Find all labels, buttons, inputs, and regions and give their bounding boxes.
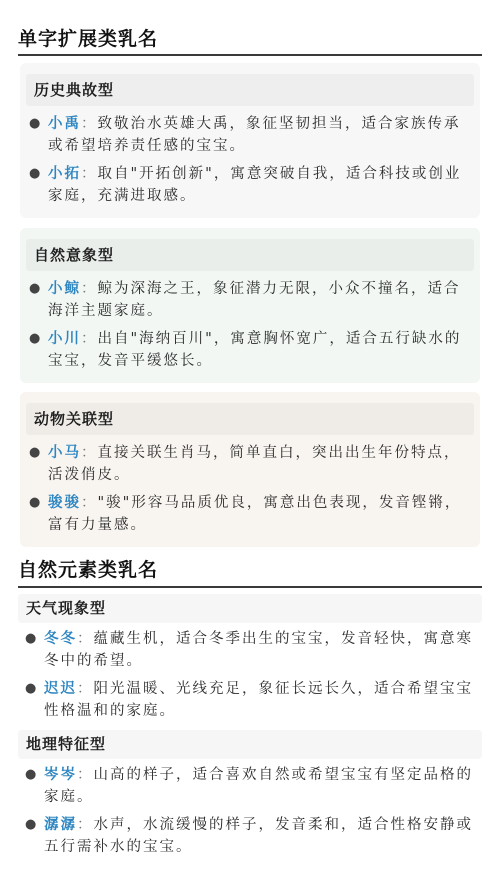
name-list: ● 岑岑：山高的样子，适合喜欢自然或希望宝宝有坚定品格的家庭。 ● 潺潺：水声，…: [44, 764, 482, 864]
list-item: ● 小川：出自"海纳百川"，寓意胸怀宽广，适合五行缺水的宝宝，发音平缓悠长。: [48, 328, 466, 372]
nickname: 小禹: [48, 115, 81, 132]
separator: ：: [77, 767, 94, 783]
list-item: ● 小拓：取自"开拓创新"，寓意突破自我，适合科技或创业家庭，充满进取感。: [48, 163, 466, 207]
separator: ：: [77, 631, 94, 647]
bullet-icon: ●: [29, 492, 42, 514]
separator: ：: [81, 331, 98, 347]
bullet-icon: ●: [25, 628, 38, 650]
group-title-geography: 地理特征型: [26, 730, 106, 759]
bullet-icon: ●: [29, 328, 42, 350]
name-list: ● 小禹：致敬治水英雄大禹，象征坚韧担当，适合家族传承或希望培养责任感的宝宝。 …: [48, 113, 466, 213]
separator: ：: [77, 817, 94, 833]
description: 致敬治水英雄大禹，象征坚韧担当，适合家族传承或希望培养责任感的宝宝。: [48, 116, 461, 154]
list-item: ● 岑岑：山高的样子，适合喜欢自然或希望宝宝有坚定品格的家庭。: [44, 764, 482, 808]
bullet-icon: ●: [25, 764, 38, 786]
nickname: 迟迟: [44, 680, 77, 697]
nickname: 岑岑: [44, 766, 77, 783]
card-historical: 历史典故型 ● 小禹：致敬治水英雄大禹，象征坚韧担当，适合家族传承或希望培养责任…: [20, 63, 480, 218]
description: 蕴藏生机，适合冬季出生的宝宝，发音轻快，寓意寒冬中的希望。: [44, 631, 473, 669]
description: 水声，水流缓慢的样子，发音柔和，适合性格安静或五行需补水的宝宝。: [44, 817, 473, 855]
card-animal: 动物关联型 ● 小马：直接关联生肖马，简单直白，突出出生年份特点，活泼俏皮。 ●…: [20, 392, 480, 547]
list-item: ● 小禹：致敬治水英雄大禹，象征坚韧担当，适合家族传承或希望培养责任感的宝宝。: [48, 113, 466, 157]
group-title-nature-imagery: 自然意象型: [34, 239, 114, 271]
nickname: 骏骏: [48, 494, 81, 511]
bullet-icon: ●: [29, 278, 42, 300]
name-list: ● 小马：直接关联生肖马，简单直白，突出出生年份特点，活泼俏皮。 ● 骏骏："骏…: [48, 442, 466, 542]
bullet-icon: ●: [25, 814, 38, 836]
group-title-animal: 动物关联型: [34, 403, 114, 435]
bullet-icon: ●: [29, 442, 42, 464]
list-item: ● 小马：直接关联生肖马，简单直白，突出出生年份特点，活泼俏皮。: [48, 442, 466, 486]
separator: ：: [81, 445, 98, 461]
description: 阳光温暖、光线充足，象征长远长久，适合希望宝宝性格温和的家庭。: [44, 681, 473, 719]
section-divider: [18, 54, 482, 56]
nickname: 冬冬: [44, 630, 77, 647]
nickname: 小鲸: [48, 280, 81, 297]
separator: ：: [81, 281, 98, 297]
separator: ：: [77, 681, 94, 697]
separator: ：: [81, 166, 98, 182]
card-nature-imagery: 自然意象型 ● 小鲸：鲸为深海之王，象征潜力无限，小众不撞名，适合海洋主题家庭。…: [20, 228, 480, 383]
group-header-weather: 天气现象型: [18, 594, 482, 623]
bullet-icon: ●: [25, 678, 38, 700]
section-divider: [18, 586, 482, 588]
nickname: 小马: [48, 444, 81, 461]
group-title-historical: 历史典故型: [34, 74, 114, 106]
list-item: ● 潺潺：水声，水流缓慢的样子，发音柔和，适合性格安静或五行需补水的宝宝。: [44, 814, 482, 858]
description: 鲸为深海之王，象征潜力无限，小众不撞名，适合海洋主题家庭。: [48, 281, 461, 319]
description: "骏"形容马品质优良，寓意出色表现，发音铿锵，富有力量感。: [48, 495, 461, 533]
nickname: 小拓: [48, 165, 81, 182]
list-item: ● 冬冬：蕴藏生机，适合冬季出生的宝宝，发音轻快，寓意寒冬中的希望。: [44, 628, 482, 672]
name-list: ● 冬冬：蕴藏生机，适合冬季出生的宝宝，发音轻快，寓意寒冬中的希望。 ● 迟迟：…: [44, 628, 482, 728]
list-item: ● 骏骏："骏"形容马品质优良，寓意出色表现，发音铿锵，富有力量感。: [48, 492, 466, 536]
description: 直接关联生肖马，简单直白，突出出生年份特点，活泼俏皮。: [48, 445, 461, 483]
description: 出自"海纳百川"，寓意胸怀宽广，适合五行缺水的宝宝，发音平缓悠长。: [48, 331, 461, 369]
list-item: ● 小鲸：鲸为深海之王，象征潜力无限，小众不撞名，适合海洋主题家庭。: [48, 278, 466, 322]
separator: ：: [81, 116, 98, 132]
list-item: ● 迟迟：阳光温暖、光线充足，象征长远长久，适合希望宝宝性格温和的家庭。: [44, 678, 482, 722]
name-list: ● 小鲸：鲸为深海之王，象征潜力无限，小众不撞名，适合海洋主题家庭。 ● 小川：…: [48, 278, 466, 378]
nickname: 小川: [48, 330, 81, 347]
section-title-single-char: 单字扩展类乳名: [18, 24, 482, 51]
group-title-weather: 天气现象型: [26, 594, 106, 623]
description: 山高的样子，适合喜欢自然或希望宝宝有坚定品格的家庭。: [44, 767, 473, 805]
bullet-icon: ●: [29, 113, 42, 135]
description: 取自"开拓创新"，寓意突破自我，适合科技或创业家庭，充满进取感。: [48, 166, 461, 204]
section-title-natural-elements: 自然元素类乳名: [18, 555, 482, 582]
nickname: 潺潺: [44, 816, 77, 833]
separator: ：: [81, 495, 98, 511]
bullet-icon: ●: [29, 163, 42, 185]
group-header-geography: 地理特征型: [18, 730, 482, 759]
